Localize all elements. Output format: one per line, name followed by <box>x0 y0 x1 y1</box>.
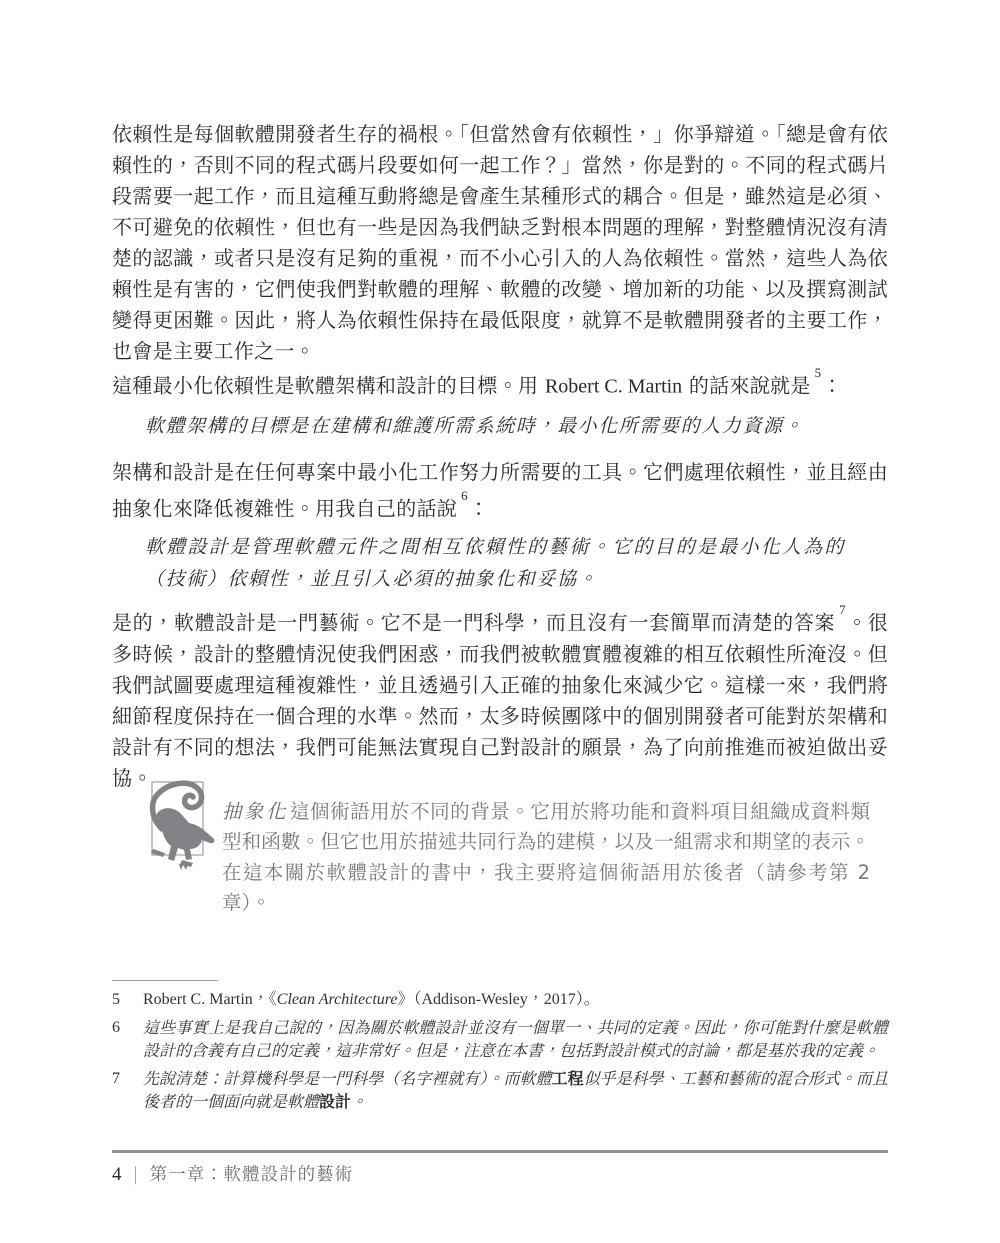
note-body-text: 這個術語用於不同的背景。它用於將功能和資料項目組織成資料類型和函數。但它也用於描… <box>222 800 870 915</box>
paragraph-dependencies-intro: 依賴性是每個軟體開發者生存的禍根。「但當然會有依賴性，」你爭辯道。「總是會有依賴… <box>112 119 888 367</box>
author-name: Robert C. Martin <box>545 376 682 398</box>
page-number: 4 <box>112 1164 122 1186</box>
footnote-6: 6 這些事實上是我自己說的，因為關於軟體設計並沒有一個單一、共同的定義。因此，你… <box>112 1016 888 1062</box>
book-page: 依賴性是每個軟體開發者生存的禍根。「但當然會有依賴性，」你爭辯道。「總是會有依賴… <box>0 0 1000 1243</box>
footnote-6-number: 6 <box>112 1016 143 1062</box>
footnote-7-end: 。 <box>351 1092 367 1111</box>
chapter-title: 第一章：軟體設計的藝術 <box>150 1161 354 1186</box>
paragraph3-text: 架構和設計是在任何專案中最小化工作努力所需要的工具。它們處理依賴性，並且經由抽象… <box>112 460 888 521</box>
footnote-divider <box>112 980 218 981</box>
footer-separator: | <box>133 1164 139 1185</box>
lemur-icon <box>135 772 235 877</box>
paragraph2-colon: ： <box>822 374 842 398</box>
footnote-5-post: 》（Addison-Wesley，2017）。 <box>398 991 600 1008</box>
footnote-7-text: 先說清楚：計算機科學是一門科學（名字裡就有）。而軟體工程似乎是科學、工藝和藝術的… <box>143 1067 888 1113</box>
footnote-7: 7 先說清楚：計算機科學是一門科學（名字裡就有）。而軟體工程似乎是科學、工藝和藝… <box>112 1067 888 1113</box>
footnote-6-text: 這些事實上是我自己說的，因為關於軟體設計並沒有一個單一、共同的定義。因此，你可能… <box>143 1016 888 1062</box>
footnote-7-pre: 先說清楚：計算機科學是一門科學（名字裡就有）。而軟體 <box>143 1069 552 1088</box>
blockquote-author-definition: 軟體設計是管理軟體元件之間相互依賴性的藝術。它的目的是最小化人為的（技術）依賴性… <box>145 531 845 595</box>
footnotes-section: 5 Robert C. Martin，《Clean Architecture》（… <box>112 988 888 1118</box>
footnote-7-emphasis-engineering: 工程 <box>552 1069 584 1088</box>
page-footer: 4 | 第一章：軟體設計的藝術 <box>112 1161 888 1186</box>
paragraph4-text-post: 。很多時候，設計的整體情況使我們困惑，而我們被軟體實體複雜的相互依賴性所淹沒。但… <box>112 611 888 790</box>
footnote-5-pre: Robert C. Martin，《 <box>143 991 277 1008</box>
paragraph4-text-pre: 是的，軟體設計是一門藝術。它不是一門科學，而且沒有一套簡單而清楚的答案 <box>112 611 835 635</box>
footnote-ref-5: 5 <box>815 365 822 380</box>
footnote-5-text: Robert C. Martin，《Clean Architecture》（Ad… <box>143 988 888 1011</box>
note-abstraction: 抽象化這個術語用於不同的背景。它用於將功能和資料項目組織成資料類型和函數。但它也… <box>222 797 870 919</box>
footnote-7-emphasis-design: 設計 <box>319 1092 351 1111</box>
paragraph-design-is-art: 是的，軟體設計是一門藝術。它不是一門科學，而且沒有一套簡單而清楚的答案7。很多時… <box>112 602 888 794</box>
footnote-7-number: 7 <box>112 1067 143 1113</box>
footer-rule <box>112 1150 888 1153</box>
book-title-clean-architecture: Clean Architecture <box>277 991 398 1008</box>
paragraph2-text-post: 的話來說就是 <box>682 374 810 398</box>
paragraph-architecture-design-tools: 架構和設計是在任何專案中最小化工作努力所需要的工具。它們處理依賴性，並且經由抽象… <box>112 457 888 525</box>
footnote-5: 5 Robert C. Martin，《Clean Architecture》（… <box>112 988 888 1011</box>
footnote-5-number: 5 <box>112 988 143 1011</box>
paragraph3-colon: ： <box>469 497 489 521</box>
paragraph-minimize-dependencies: 這種最小化依賴性是軟體架構和設計的目標。用 Robert C. Martin 的… <box>112 365 888 403</box>
paragraph2-text-pre: 這種最小化依賴性是軟體架構和設計的目標。用 <box>112 374 545 398</box>
note-term-abstraction: 抽象化 <box>222 800 288 823</box>
footnote-ref-6: 6 <box>461 488 468 503</box>
blockquote-martin: 軟體架構的目標是在建構和維護所需系統時，最小化所需要的人力資源。 <box>145 410 845 442</box>
footnote-ref-7: 7 <box>839 602 846 617</box>
